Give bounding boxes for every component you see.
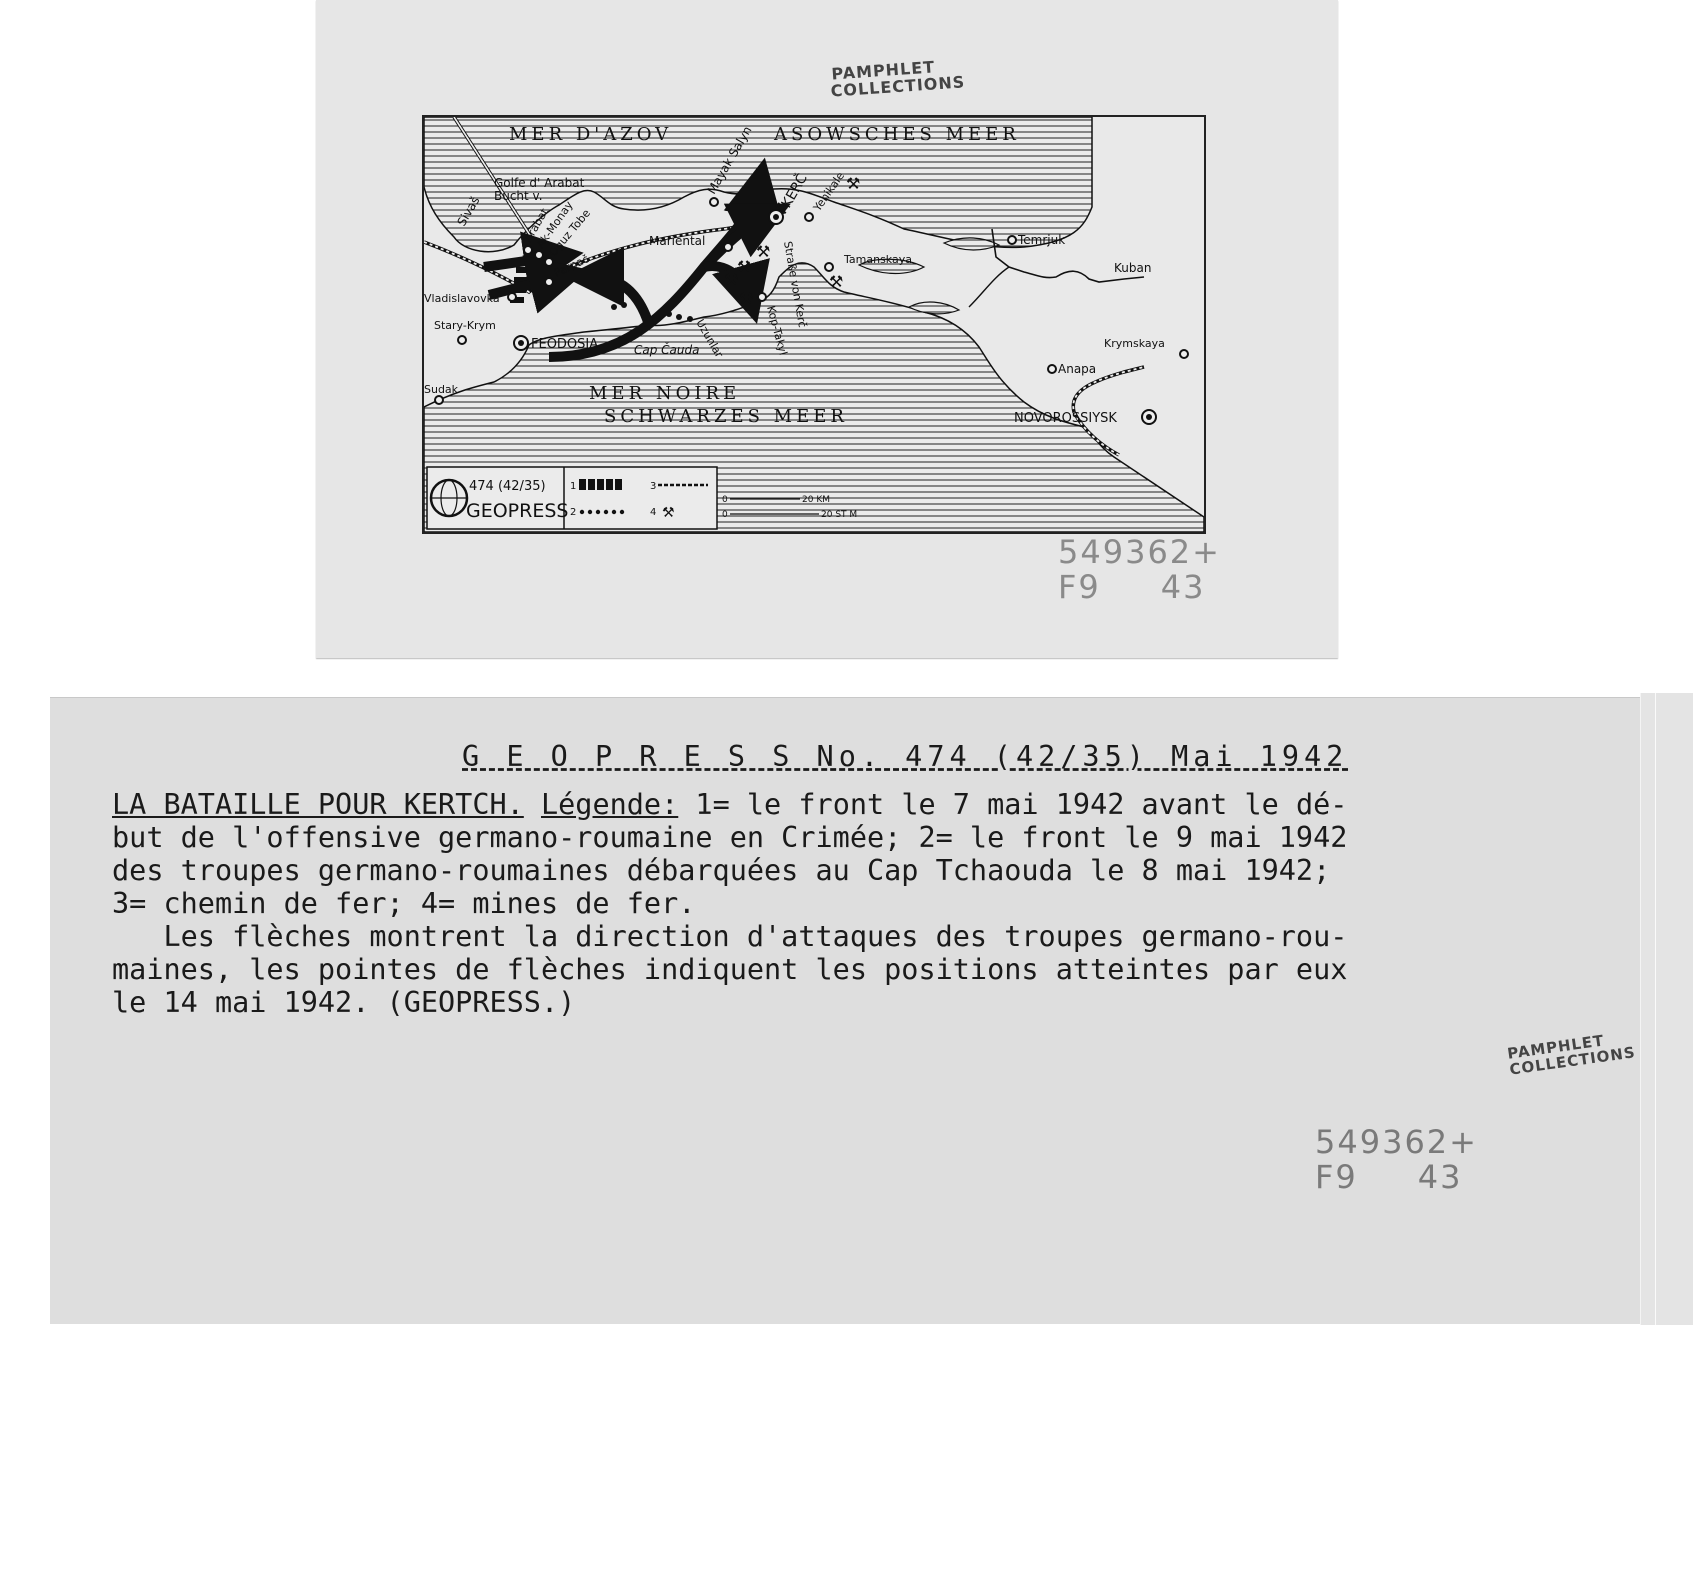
shelf-code: F9 — [1315, 1158, 1358, 1196]
map-of-kerch-peninsula: ⚒⚒⚒⚒⚒⚒⚒ MER D'AZOV ASOWSCHES MEER MER NO… — [422, 115, 1206, 534]
label-novorossiysk: NOVOROSSIYSK — [1014, 411, 1117, 426]
svg-text:⚒: ⚒ — [739, 289, 753, 308]
catalog-number: 549362+ — [1058, 535, 1221, 570]
label-feodosia: FEODOSIA — [531, 337, 598, 352]
svg-text:⚒: ⚒ — [846, 174, 860, 193]
legend-key-1: 1 — [570, 481, 576, 492]
label-temrjuk: Temrjuk — [1017, 233, 1065, 247]
map-graphic: ⚒⚒⚒⚒⚒⚒⚒ MER D'AZOV ASOWSCHES MEER MER NO… — [424, 117, 1204, 532]
caption-title: LA BATAILLE POUR KERTCH. — [112, 788, 524, 821]
label-bucht: Bucht v. — [494, 189, 543, 203]
shelf-number: 43 — [1161, 568, 1206, 606]
label-black-sea-de: SCHWARZES MEER — [604, 406, 848, 427]
shelf-number: 43 — [1418, 1158, 1463, 1196]
catalog-number: 549362+ — [1315, 1125, 1478, 1160]
scale-stm-end: 20 ST M — [821, 510, 857, 520]
handwritten-catalog-number-bottom: 549362+ F943 — [1315, 1125, 1478, 1195]
handwritten-catalog-number-top: 549362+ F943 — [1058, 535, 1221, 605]
catalog-shelf: F943 — [1058, 570, 1221, 605]
label-golfe-arabat: Golfe d' Arabat — [494, 176, 585, 190]
label-sea-azov-fr: MER D'AZOV — [509, 124, 672, 145]
svg-text:⚒: ⚒ — [756, 242, 770, 261]
label-mariental: Mariental — [649, 234, 705, 248]
label-black-sea-fr: MER NOIRE — [589, 383, 740, 404]
mine-icon: ⚒ — [662, 505, 675, 521]
caption-line: des troupes germano-roumaines débarquées… — [112, 854, 1330, 887]
label-sea-azov-de: ASOWSCHES MEER — [773, 124, 1020, 145]
legend-key-4: 4 — [650, 507, 656, 518]
caption-line: but de l'offensive germano-roumaine en C… — [112, 821, 1347, 854]
label-vladislavovka: Vladislavovka — [424, 292, 500, 305]
caption-header: G E O P R E S S No. 474 (42/35) Mai 1942 — [462, 740, 1348, 773]
caption-line: 1= le front le 7 mai 1942 avant le dé- — [678, 788, 1347, 821]
label-kuban: Kuban — [1114, 261, 1151, 275]
label-anapa: Anapa — [1058, 362, 1096, 376]
shelf-code: F9 — [1058, 568, 1101, 606]
scale-stm-start: 0 — [722, 510, 728, 520]
label-tamanskaya: Tamanskaya — [843, 253, 912, 266]
label-stary-krym: Stary-Krym — [434, 319, 496, 332]
svg-text:⚒: ⚒ — [724, 270, 738, 289]
legend-code: 474 (42/35) — [469, 479, 546, 494]
label-cap-cauda: Cap Čauda — [634, 342, 699, 357]
legend-key-3: 3 — [650, 481, 656, 492]
caption-paper-fold — [1640, 693, 1693, 1325]
caption-legend-word: Légende: — [541, 788, 678, 821]
scale-km-end: 20 KM — [802, 495, 830, 505]
svg-text:⚒: ⚒ — [829, 272, 843, 291]
legend-publisher: GEOPRESS — [466, 500, 568, 522]
label-sudak: Sudak — [424, 383, 459, 396]
caption-line: le 14 mai 1942. (GEOPRESS.) — [112, 986, 575, 1019]
legend-key-2: 2 — [570, 507, 576, 518]
scale-km-start: 0 — [722, 495, 728, 505]
caption-line: Les flèches montrent la direction d'atta… — [112, 920, 1347, 953]
caption-line: 3= chemin de fer; 4= mines de fer. — [112, 887, 695, 920]
svg-text:⚒: ⚒ — [737, 257, 751, 276]
caption-body: LA BATAILLE POUR KERTCH. Légende: 1= le … — [112, 788, 1347, 1019]
caption-line: maines, les pointes de flèches indiquent… — [112, 953, 1347, 986]
catalog-shelf: F943 — [1315, 1160, 1478, 1195]
label-krymskaya: Krymskaya — [1104, 337, 1165, 350]
